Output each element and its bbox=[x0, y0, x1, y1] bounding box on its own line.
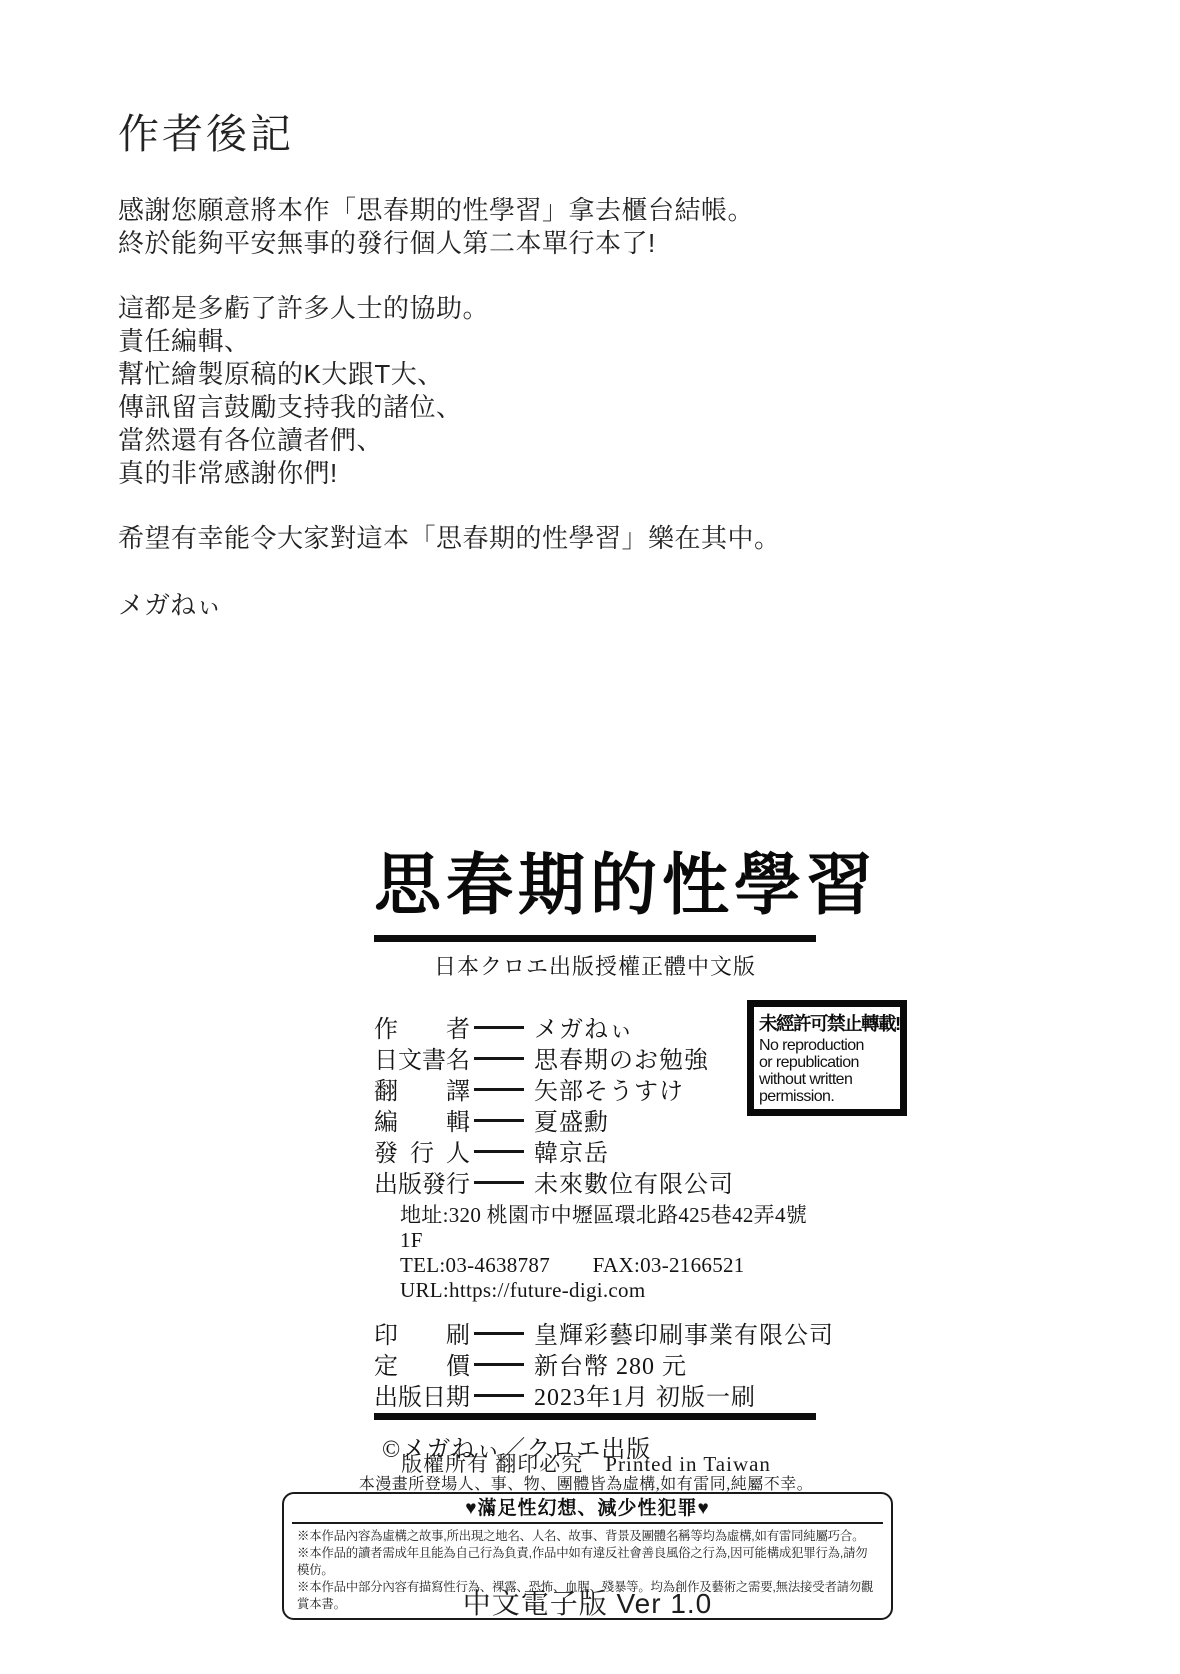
dash-connector bbox=[474, 1150, 524, 1153]
afterword-title: 作者後記 bbox=[118, 110, 781, 158]
afterword-line: 這都是多虧了許多人士的協助。 bbox=[118, 292, 781, 325]
stamp-cjk-text: 未經許可禁止轉載! bbox=[759, 1010, 897, 1037]
credit-value: 思春期のお勉強 bbox=[534, 1040, 709, 1075]
address-line: URL:https://future-digi.com bbox=[400, 1278, 816, 1303]
address-line: 地址:320 桃園市中壢區環北路425巷42弄4號1F bbox=[400, 1203, 816, 1253]
credit-label: 作者 bbox=[374, 1009, 470, 1044]
production-row: 出版日期 2023年1月 初版一刷 bbox=[374, 1379, 816, 1410]
warning-line: ※本作品的讀者需成年且能為自己行為負責,作品中如有違反社會善良風俗之行為,因可能… bbox=[284, 1545, 891, 1579]
afterword-line: 終於能夠平安無事的發行個人第二本單行本了! bbox=[118, 227, 781, 260]
dash-connector bbox=[474, 1119, 524, 1122]
publisher-address: 地址:320 桃園市中壢區環北路425巷42弄4號1FTEL:03-463878… bbox=[400, 1203, 816, 1303]
afterword-paragraph-2: 這都是多虧了許多人士的協助。責任編輯、幫忙繪製原稿的K大跟T大、傳訊留言鼓勵支持… bbox=[118, 292, 781, 490]
dash-connector bbox=[474, 1026, 524, 1029]
afterword-line: 希望有幸能令大家對這本「思春期的性學習」樂在其中。 bbox=[118, 522, 781, 555]
fiction-disclaimer-line: 本漫畫所登場人、事、物、團體皆為虛構,如有雷同,純屬不幸。 bbox=[0, 1471, 1172, 1494]
dash-connector bbox=[474, 1332, 524, 1335]
credit-value: 韓京岳 bbox=[534, 1133, 609, 1168]
stamp-english-line: or republication bbox=[759, 1054, 897, 1071]
production-list: 印刷 皇輝彩藝印刷事業有限公司 定價 新台幣 280 元 出版日期 2023年1… bbox=[374, 1317, 816, 1410]
scanned-colophon-page: 作者後記 感謝您願意將本作「思春期的性學習」拿去櫃台結帳。終於能夠平安無事的發行… bbox=[0, 0, 1180, 1674]
production-label: 出版日期 bbox=[374, 1377, 470, 1412]
credit-label: 編輯 bbox=[374, 1102, 470, 1137]
credit-label: 日文書名 bbox=[374, 1040, 470, 1075]
title-rule bbox=[374, 935, 816, 942]
credit-row: 發行人 韓京岳 bbox=[374, 1135, 816, 1166]
afterword-paragraph-1: 感謝您願意將本作「思春期的性學習」拿去櫃台結帳。終於能夠平安無事的發行個人第二本… bbox=[118, 194, 781, 260]
dash-connector bbox=[474, 1363, 524, 1366]
warning-line: ※本作品內容為虛構之故事,所出現之地名、人名、故事、背景及團體名稱等均為虛構,如… bbox=[284, 1528, 891, 1545]
stamp-english-text: No reproductionor republicationwithout w… bbox=[759, 1037, 897, 1105]
afterword-line: 幫忙繪製原稿的K大跟T大、 bbox=[118, 358, 781, 391]
afterword-line: 當然還有各位讀者們、 bbox=[118, 424, 781, 457]
warning-title: ♥滿足性幻想、減少性犯罪♥ bbox=[284, 1496, 891, 1521]
address-line: TEL:03-4638787 FAX:03-2166521 bbox=[400, 1253, 816, 1278]
credit-value: メガねぃ bbox=[534, 1009, 634, 1044]
stamp-english-line: permission. bbox=[759, 1088, 897, 1105]
stamp-english-line: No reproduction bbox=[759, 1037, 897, 1054]
no-reproduction-stamp: 未經許可禁止轉載! No reproductionor republicatio… bbox=[747, 1000, 907, 1116]
credit-label: 發行人 bbox=[374, 1133, 470, 1168]
credit-value: 矢部そうすけ bbox=[534, 1071, 684, 1106]
production-row: 印刷 皇輝彩藝印刷事業有限公司 bbox=[374, 1317, 816, 1348]
afterword-paragraph-3: 希望有幸能令大家對這本「思春期的性學習」樂在其中。 bbox=[118, 522, 781, 555]
colophon-rule bbox=[374, 1413, 816, 1420]
warning-separator bbox=[292, 1522, 883, 1524]
production-value: 2023年1月 初版一刷 bbox=[534, 1377, 756, 1412]
edition-version: 中文電子版 Ver 1.0 bbox=[282, 1582, 893, 1622]
afterword-line: 感謝您願意將本作「思春期的性學習」拿去櫃台結帳。 bbox=[118, 194, 781, 227]
dash-connector bbox=[474, 1088, 524, 1091]
production-value: 皇輝彩藝印刷事業有限公司 bbox=[534, 1315, 834, 1350]
credit-label: 出版發行 bbox=[374, 1164, 470, 1199]
dash-connector bbox=[474, 1181, 524, 1184]
afterword-section: 作者後記 感謝您願意將本作「思春期的性學習」拿去櫃台結帳。終於能夠平安無事的發行… bbox=[118, 110, 781, 622]
credit-value: 未來數位有限公司 bbox=[534, 1164, 734, 1199]
imprint-section: 思春期的性學習 日本クロエ出版授權正體中文版 作者 メガねぃ 日文書名 思春期の… bbox=[374, 843, 816, 1464]
book-title: 思春期的性學習 bbox=[374, 843, 816, 929]
credit-value: 夏盛勳 bbox=[534, 1102, 609, 1137]
afterword-line: 傳訊留言鼓勵支持我的諸位、 bbox=[118, 391, 781, 424]
production-value: 新台幣 280 元 bbox=[534, 1346, 687, 1381]
production-row: 定價 新台幣 280 元 bbox=[374, 1348, 816, 1379]
production-label: 定價 bbox=[374, 1346, 470, 1381]
credit-label: 翻譯 bbox=[374, 1071, 470, 1106]
author-signature: メガねぃ bbox=[118, 589, 781, 622]
credit-row: 出版發行 未來數位有限公司 bbox=[374, 1166, 816, 1197]
stamp-english-line: without written bbox=[759, 1071, 897, 1088]
license-line: 日本クロエ出版授權正體中文版 bbox=[374, 950, 816, 981]
production-label: 印刷 bbox=[374, 1315, 470, 1350]
dash-connector bbox=[474, 1394, 524, 1397]
afterword-line: 責任編輯、 bbox=[118, 325, 781, 358]
afterword-line: 真的非常感謝你們! bbox=[118, 457, 781, 490]
dash-connector bbox=[474, 1057, 524, 1060]
